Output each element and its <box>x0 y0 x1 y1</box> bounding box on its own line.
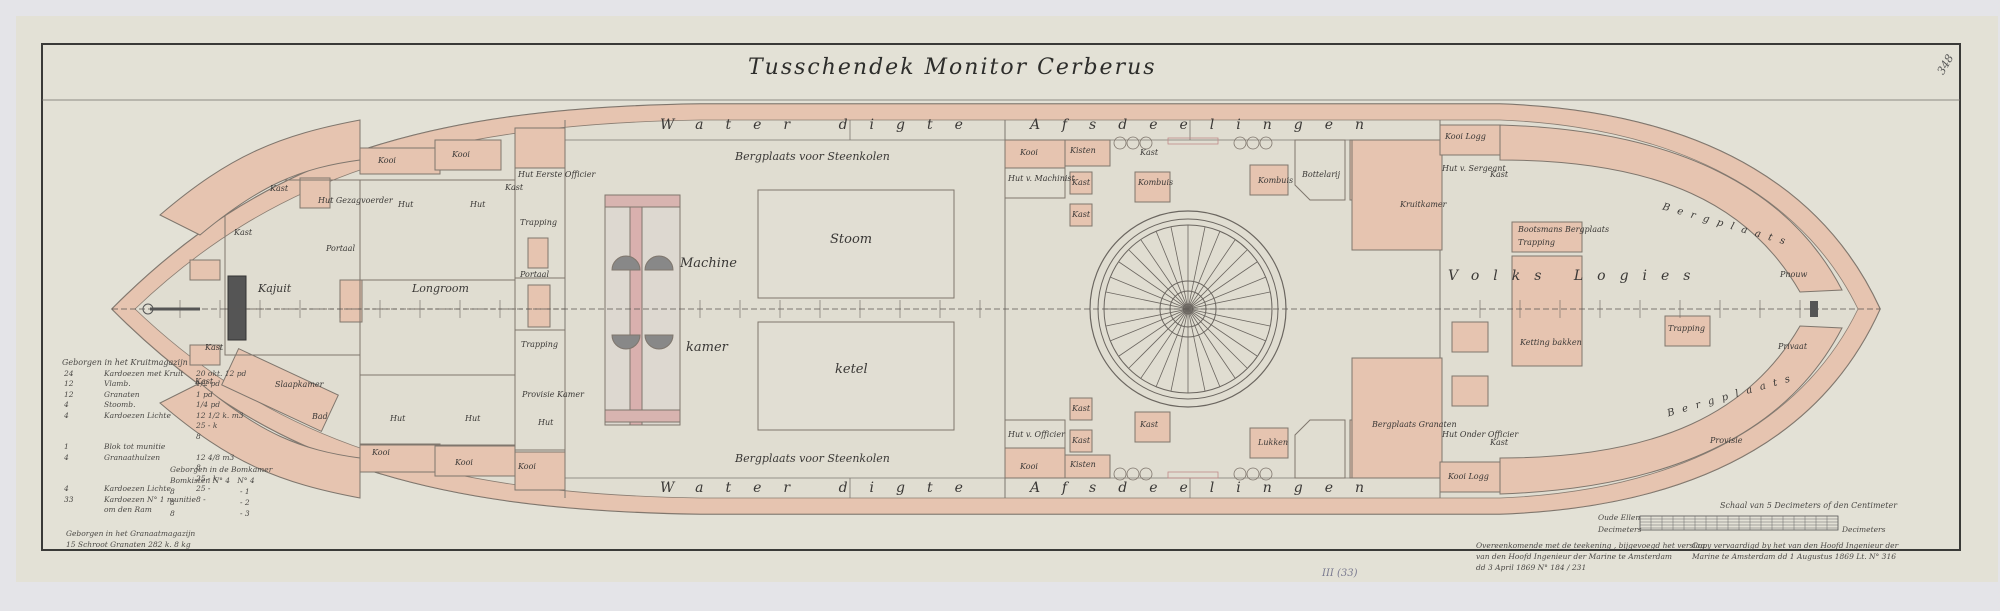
room-label: Trapping <box>1668 324 1705 333</box>
room-label: Kooi <box>518 462 536 471</box>
scale-label-decimeters-left: Decimeters <box>1598 524 1642 535</box>
label-stoom: Stoom <box>830 232 872 247</box>
room-label: Slaapkamer <box>275 380 323 389</box>
label-kombuis: Kombuis <box>1138 178 1173 187</box>
room-label: Portaal <box>520 270 549 279</box>
munition-table-heading: Geborgen in het Kruitmagazijn <box>62 358 246 369</box>
room-label: Trapping <box>521 340 558 349</box>
label-kajuit: Kajuit <box>258 282 291 295</box>
table-row: Bomkisten N° 4 N° 4 <box>170 475 272 486</box>
room-label: Kooi <box>452 150 470 159</box>
room-label: Kisten <box>1070 146 1096 155</box>
scale-title: Schaal van 5 Decimeters of den Centimete… <box>1720 500 1897 511</box>
table-row: 24Kardoezen met Kruit20 okt. 12 pd <box>64 369 246 380</box>
scale-bar <box>1640 516 1838 530</box>
label-bootsmans: Bootsmans Bergplaats <box>1518 225 1609 234</box>
label-bergplaats-steenkolen-top: Bergplaats voor Steenkolen <box>735 150 890 163</box>
approval-note: Overeenkomende met de teekening , bijgev… <box>1476 540 1705 573</box>
room-label: Hut v. Officier <box>1008 430 1065 439</box>
room-label: Kooi <box>1020 462 1038 471</box>
table-row: 25 - k <box>64 421 246 432</box>
table-row: 12Vlamb.1/2 pd <box>64 379 246 390</box>
table-row: 8- 3 <box>170 508 272 519</box>
room-label: Lukken <box>1258 438 1288 447</box>
drawing-title: Tusschendek Monitor Cerberus <box>748 55 1157 80</box>
table-row: 1Blok tot munitie <box>64 442 246 453</box>
room-label: Hut <box>390 414 405 423</box>
table-row: 8- 1 <box>170 486 272 497</box>
room-label: Kast <box>1072 210 1090 219</box>
label-volks-logies: Volks Logies <box>1448 268 1704 284</box>
scale-label-oude-ellen: Oude Ellen <box>1598 512 1640 523</box>
scale-label-decimeters-right: Decimeters <box>1842 524 1886 535</box>
label-longroom: Longroom <box>412 282 469 295</box>
label-afsdeelingen-top: Afsdeelingen <box>1030 117 1386 133</box>
label-bottelarij: Bottelarij <box>1302 170 1340 179</box>
label-provisie: Provisie <box>1710 436 1743 445</box>
room-label: Kast <box>1072 178 1090 187</box>
room-label: Hut <box>465 414 480 423</box>
room-label: Bad <box>312 412 328 421</box>
label-bergplaats-steenkolen-bottom: Bergplaats voor Steenkolen <box>735 452 890 465</box>
room-label: Kooi <box>372 448 390 457</box>
room-label: Kooi Logg <box>1448 472 1489 481</box>
room-label: Provisie Kamer <box>522 390 584 399</box>
table-row: 4Stoomb.1/4 pd <box>64 400 246 411</box>
table-row: 4Granaathulzen12 4/8 m3 <box>64 453 246 464</box>
table-row: 8- 2 <box>170 497 272 508</box>
label-ketel: ketel <box>835 362 868 377</box>
label-afsdeelingen-bottom: Afsdeelingen <box>1030 480 1386 496</box>
label-water-digte-top: Water digte <box>660 117 985 133</box>
granaat-note: Geborgen in het Granaatmagazijn 15 Schro… <box>66 528 195 550</box>
room-label: Trapping <box>1518 238 1555 247</box>
room-label: Kast <box>1072 436 1090 445</box>
room-label: Pnouw <box>1780 270 1807 279</box>
label-kruitkamer: Kruitkamer <box>1400 200 1447 209</box>
bomkamer-heading: Geborgen in de Bomkamer <box>170 464 272 475</box>
bomkamer-table: Geborgen in de Bomkamer Bomkisten N° 4 N… <box>170 464 272 519</box>
room-label: Hut <box>398 200 413 209</box>
room-label: Kooi <box>1020 148 1038 157</box>
room-label: Privaat <box>1778 342 1807 351</box>
room-label: Kast <box>270 184 288 193</box>
room-label: Hut v. Machinist <box>1008 174 1075 183</box>
label-kettingbakken: Ketting bakken <box>1520 338 1582 347</box>
room-label: Kisten <box>1070 460 1096 469</box>
room-label: Kast <box>505 183 523 192</box>
label-machine: Machine <box>680 256 737 271</box>
room-label: Portaal <box>326 244 355 253</box>
room-label: Kast <box>1490 438 1508 447</box>
copy-note: Copy vervaardigd by het van den Hoofd In… <box>1692 540 1898 562</box>
label-kamer: kamer <box>686 340 728 355</box>
table-row: 8 <box>64 432 246 443</box>
room-label: Kast <box>1490 170 1508 179</box>
table-row: 12Granaten1 pd <box>64 390 246 401</box>
engine <box>605 195 680 425</box>
label-water-digte-bottom: Water digte <box>660 480 985 496</box>
room-label: Hut <box>470 200 485 209</box>
room-label: Kast <box>1140 148 1158 157</box>
room-label: Kast <box>205 343 223 352</box>
room-label: Kooi Logg <box>1445 132 1486 141</box>
room-label: Kooi <box>455 458 473 467</box>
table-row: 4Kardoezen Lichte12 1/2 k. m3 <box>64 411 246 422</box>
archive-stamp: III (33) <box>1322 568 1358 579</box>
room-label: Hut Eerste Officier <box>518 170 595 179</box>
room-label: Kooi <box>378 156 396 165</box>
room-label: Trapping <box>520 218 557 227</box>
room-label: Hut <box>538 418 553 427</box>
room-label: Kast <box>1140 420 1158 429</box>
room-label: Kast <box>1072 404 1090 413</box>
ship-plan-drawing <box>0 0 2000 611</box>
room-label: Hut Gezagvoerder <box>318 196 393 205</box>
room-label: Kast <box>234 228 252 237</box>
room-label: Kombuis <box>1258 176 1293 185</box>
label-bergplaats-granaten: Bergplaats Granaten <box>1372 420 1457 429</box>
